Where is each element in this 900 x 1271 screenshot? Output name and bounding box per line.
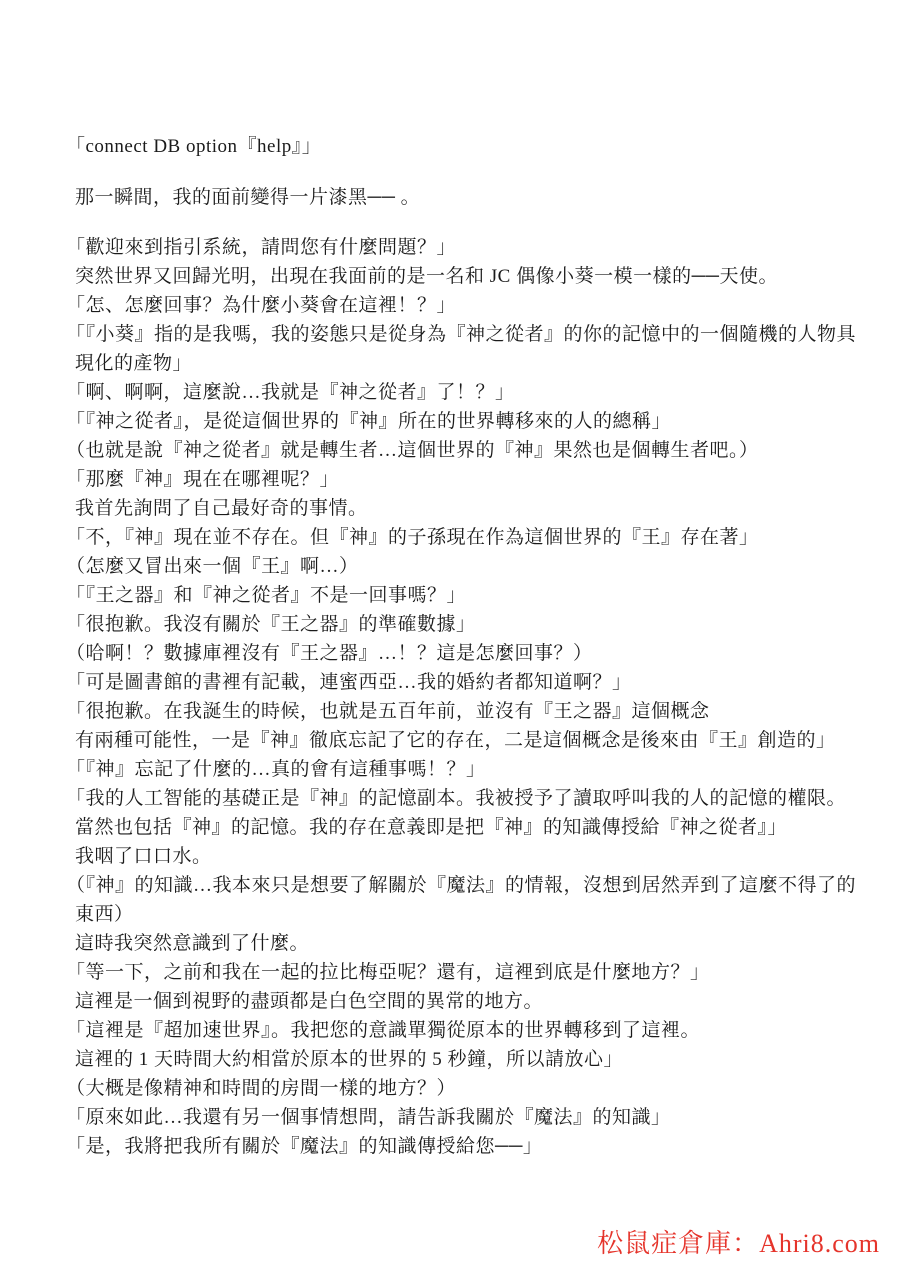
text-line: 「原來如此…我還有另一個事情想問，請告訴我關於『魔法』的知識」 (66, 1103, 856, 1132)
text-line: 「是，我將把我所有關於『魔法』的知識傳授給您──」 (66, 1132, 856, 1161)
text-line: 「可是圖書館的書裡有記載，連蜜西亞…我的婚約者都知道啊？」 (66, 668, 856, 697)
text-line: 東西） (66, 900, 856, 929)
text-line: 那一瞬間，我的面前變得一片漆黑── 。 (66, 183, 856, 212)
text-line: 「connect DB option『help』」 (66, 132, 856, 161)
text-line: 「很抱歉。我沒有關於『王之器』的準確數據」 (66, 610, 856, 639)
text-line: 突然世界又回歸光明，出現在我面前的是一名和 JC 偶像小葵一模一樣的──天使。 (66, 262, 856, 291)
text-line: 「『神』忘記了什麼的…真的會有這種事嗎！？」 (66, 755, 856, 784)
intro-paragraphs: 「connect DB option『help』」那一瞬間，我的面前變得一片漆黑… (66, 132, 856, 212)
text-line: 我首先詢問了自己最好奇的事情。 (66, 494, 856, 523)
text-line: 這裡是一個到視野的盡頭都是白色空間的異常的地方。 (66, 987, 856, 1016)
text-line: 這時我突然意識到了什麼。 (66, 929, 856, 958)
text-line: 「很抱歉。在我誕生的時候，也就是五百年前，並沒有『王之器』這個概念 (66, 697, 856, 726)
dialogue-body: 「歡迎來到指引系統，請問您有什麼問題？」突然世界又回歸光明，出現在我面前的是一名… (66, 233, 856, 1161)
novel-page: 「connect DB option『help』」那一瞬間，我的面前變得一片漆黑… (0, 0, 900, 1271)
text-line: （怎麼又冒出來一個『王』啊…） (66, 552, 856, 581)
text-line: 「『小葵』指的是我嗎，我的姿態只是從身為『神之從者』的你的記憶中的一個隨機的人物… (66, 320, 856, 349)
text-line: 「不，『神』現在並不存在。但『神』的子孫現在作為這個世界的『王』存在著」 (66, 523, 856, 552)
text-line: 這裡的 1 天時間大約相當於原本的世界的 5 秒鐘，所以請放心」 (66, 1045, 856, 1074)
text-line: （也就是說『神之從者』就是轉生者…這個世界的『神』果然也是個轉生者吧。） (66, 436, 856, 465)
text-line: 我咽了口口水。 (66, 842, 856, 871)
text-line: 「歡迎來到指引系統，請問您有什麼問題？」 (66, 233, 856, 262)
text-line: 「那麼『神』現在在哪裡呢？」 (66, 465, 856, 494)
text-line: 當然也包括『神』的記憶。我的存在意義即是把『神』的知識傳授給『神之從者』」 (66, 813, 856, 842)
text-line: （大概是像精神和時間的房間一樣的地方？） (66, 1074, 856, 1103)
text-line: 現化的產物」 (66, 349, 856, 378)
text-line: 「怎、怎麼回事？為什麼小葵會在這裡！？」 (66, 291, 856, 320)
text-line: 「『王之器』和『神之從者』不是一回事嗎？」 (66, 581, 856, 610)
watermark: 松鼠症倉庫：Ahri8.com (597, 1228, 880, 1260)
text-line: 「我的人工智能的基礎正是『神』的記憶副本。我被授予了讀取呼叫我的人的記憶的權限。 (66, 784, 856, 813)
text-line: （哈啊！？數據庫裡沒有『王之器』…！？這是怎麼回事？） (66, 639, 856, 668)
text-line: 「這裡是『超加速世界』。我把您的意識單獨從原本的世界轉移到了這裡。 (66, 1016, 856, 1045)
text-line: 「啊、啊啊，這麼說…我就是『神之從者』了！？」 (66, 378, 856, 407)
text-line: 「『神之從者』，是從這個世界的『神』所在的世界轉移來的人的總稱」 (66, 407, 856, 436)
text-line: （『神』的知識…我本來只是想要了解關於『魔法』的情報，沒想到居然弄到了這麼不得了… (66, 871, 856, 900)
text-line: 有兩種可能性，一是『神』徹底忘記了它的存在，二是這個概念是後來由『王』創造的」 (66, 726, 856, 755)
text-line: 「等一下，之前和我在一起的拉比梅亞呢？還有，這裡到底是什麼地方？」 (66, 958, 856, 987)
